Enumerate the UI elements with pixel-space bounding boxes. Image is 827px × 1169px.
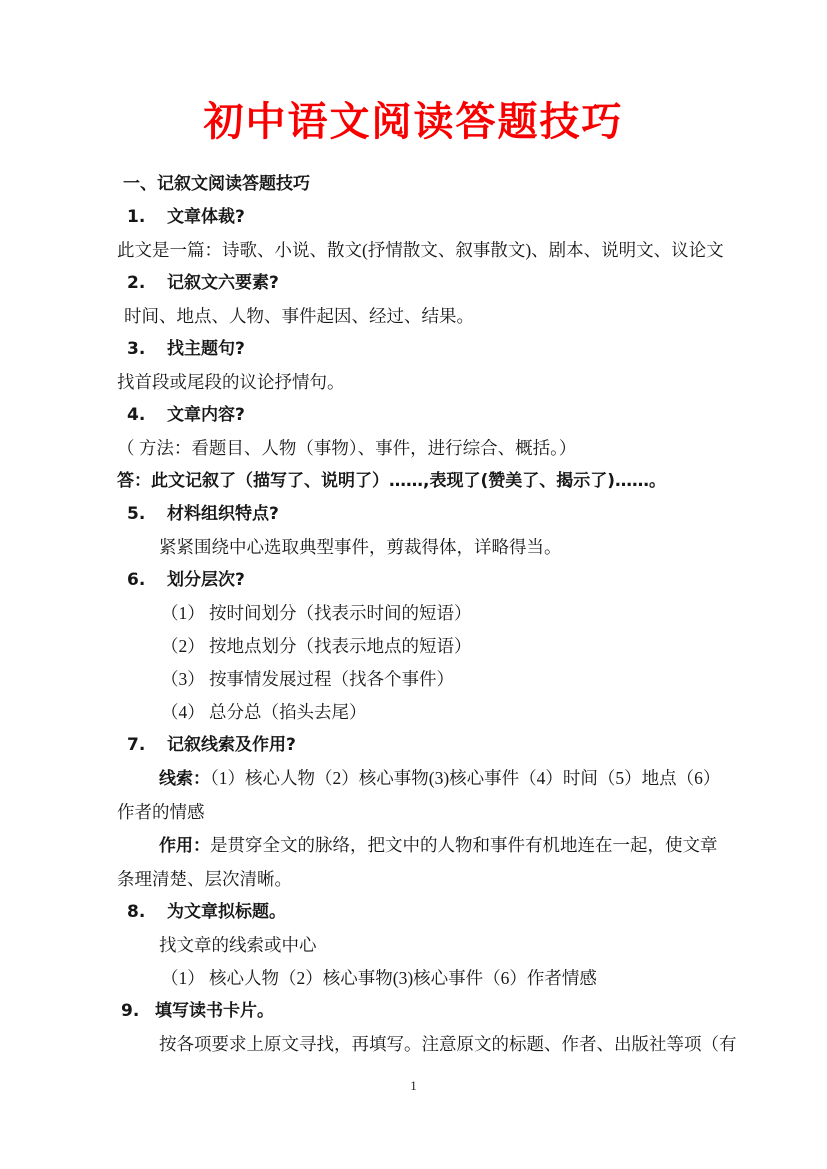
page-number: 1 (0, 1077, 827, 1095)
item-number: 3. (127, 333, 167, 366)
clue-continuation-line: 作者的情感 (117, 796, 817, 829)
sub-item-number: （4） (161, 696, 209, 729)
genre-list-line: 此文是一篇：诗歌、小说、散文(抒情散文、叙事散文)、剧本、说明文、议论文 (117, 234, 817, 267)
item-number: 1. (127, 201, 167, 234)
method-line: （ 方法：看题目、人物（事物）、事件，进行综合、概括。） (117, 432, 817, 465)
item-number: 5. (127, 498, 167, 531)
question-item-2: 2.记叙文六要素? (117, 267, 817, 300)
function-label: 作用： (159, 836, 210, 856)
theme-sentence-line: 找首段或尾段的议论抒情句。 (117, 366, 817, 399)
question-item-3: 3.找主题句? (117, 333, 817, 366)
item-title: 为文章拟标题。 (167, 902, 286, 922)
sub-item-number: （2） (161, 630, 209, 663)
clue-text: （1）核心人物（2）核心事物(3)核心事件（4）时间（5）地点（6） (210, 768, 720, 788)
section-heading: 一、记叙文阅读答题技巧 (117, 168, 817, 201)
item-number: 4. (127, 399, 167, 432)
question-item-4: 4.文章内容? (117, 399, 817, 432)
item-number: 8. (127, 896, 167, 929)
item-title: 找主题句? (167, 339, 245, 359)
sub-item-text: 核心人物（2）核心事物(3)核心事件（6）作者情感 (209, 968, 597, 988)
item-title: 划分层次? (167, 570, 245, 590)
clue-line: 线索：（1）核心人物（2）核心事物(3)核心事件（4）时间（5）地点（6） (117, 762, 817, 796)
document-title: 初中语文阅读答题技巧 (0, 97, 827, 147)
item-number: 2. (127, 267, 167, 300)
title-method-line: 找文章的线索或中心 (117, 929, 817, 962)
sub-item-text: 按地点划分（找表示地点的短语） (209, 636, 472, 656)
question-item-7: 7.记叙线索及作用? (117, 729, 817, 762)
six-elements-line: 时间、地点、人物、事件起因、经过、结果。 (117, 300, 817, 333)
sub-item-text: 按时间划分（找表示时间的短语） (209, 603, 472, 623)
function-line: 作用：是贯穿全文的脉络，把文中的人物和事件有机地连在一起，使文章 (117, 829, 817, 863)
question-item-9: 9.填写读书卡片。 (117, 995, 817, 1028)
title-option-line: （1）核心人物（2）核心事物(3)核心事件（6）作者情感 (117, 962, 817, 995)
item-title: 文章内容? (167, 405, 245, 425)
item-title: 填写读书卡片。 (155, 1001, 274, 1021)
sub-item-number: （1） (161, 597, 209, 630)
item-number: 9. (121, 995, 155, 1028)
function-text: 是贯穿全文的脉络，把文中的人物和事件有机地连在一起，使文章 (210, 835, 718, 855)
item-title: 文章体裁? (167, 207, 245, 227)
function-continuation-line: 条理清楚、层次清晰。 (117, 863, 817, 896)
question-item-5: 5.材料组织特点? (117, 498, 817, 531)
sub-item-number: （3） (161, 663, 209, 696)
sub-item-text: 按事情发展过程（找各个事件） (209, 669, 454, 689)
sub-item-number: （1） (161, 962, 209, 995)
layer-option-2: （2）按地点划分（找表示地点的短语） (117, 630, 817, 663)
document-body: 一、记叙文阅读答题技巧 1.文章体裁? 此文是一篇：诗歌、小说、散文(抒情散文、… (117, 168, 817, 1061)
sub-item-text: 总分总（掐头去尾） (209, 702, 367, 722)
material-answer-line: 紧紧围绕中心选取典型事件，剪裁得体，详略得当。 (117, 531, 817, 564)
item-title: 材料组织特点? (167, 504, 279, 524)
item-number: 7. (127, 729, 167, 762)
clue-label: 线索： (159, 769, 210, 789)
layer-option-4: （4）总分总（掐头去尾） (117, 696, 817, 729)
item-title: 记叙线索及作用? (167, 735, 296, 755)
item-title: 记叙文六要素? (167, 273, 279, 293)
layer-option-3: （3）按事情发展过程（找各个事件） (117, 663, 817, 696)
item-number: 6. (127, 564, 167, 597)
answer-template-line: 答：此文记叙了（描写了、说明了）……,表现了(赞美了、揭示了)……。 (117, 465, 817, 498)
card-instruction-line: 按各项要求上原文寻找，再填写。注意原文的标题、作者、出版社等项（有 (117, 1028, 817, 1061)
document-page: 初中语文阅读答题技巧 一、记叙文阅读答题技巧 1.文章体裁? 此文是一篇：诗歌、… (0, 0, 827, 1169)
question-item-6: 6.划分层次? (117, 564, 817, 597)
question-item-8: 8.为文章拟标题。 (117, 896, 817, 929)
question-item-1: 1.文章体裁? (117, 201, 817, 234)
layer-option-1: （1）按时间划分（找表示时间的短语） (117, 597, 817, 630)
